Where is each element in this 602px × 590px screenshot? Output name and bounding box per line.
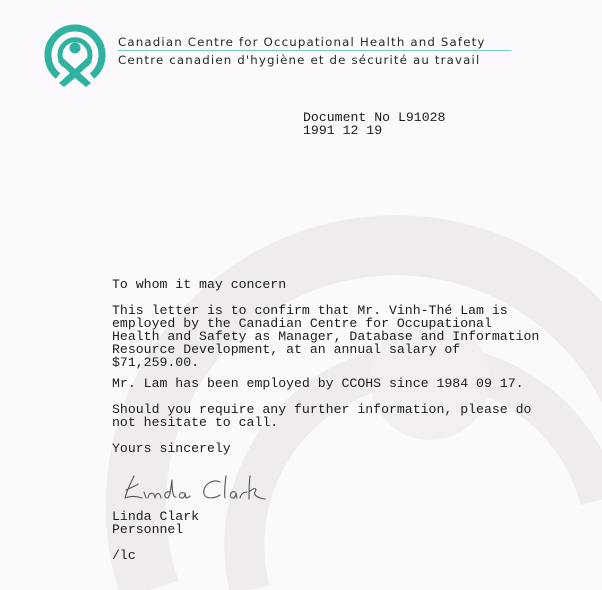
document-date: 1991 12 19 xyxy=(303,124,382,137)
handwritten-signature: Linda Clark xyxy=(122,468,272,504)
watermark-logo-icon xyxy=(0,0,602,590)
signer-title: Personnel xyxy=(112,523,183,536)
paragraph-line: $71,259.00. xyxy=(112,356,199,369)
typist-initials: /lc xyxy=(112,549,136,562)
closing: Yours sincerely xyxy=(112,442,231,455)
paragraph-start-date: Mr. Lam has been employed by CCOHS since… xyxy=(112,377,524,390)
org-name-french: Centre canadien d'hygiène et de sécurité… xyxy=(118,53,480,67)
paragraph-line: not hesitate to call. xyxy=(112,416,278,429)
ccohs-logo-icon xyxy=(44,21,106,87)
org-name-english: Canadian Centre for Occupational Health … xyxy=(118,35,486,49)
salutation: To whom it may concern xyxy=(112,278,286,291)
letterhead-divider xyxy=(118,50,511,51)
